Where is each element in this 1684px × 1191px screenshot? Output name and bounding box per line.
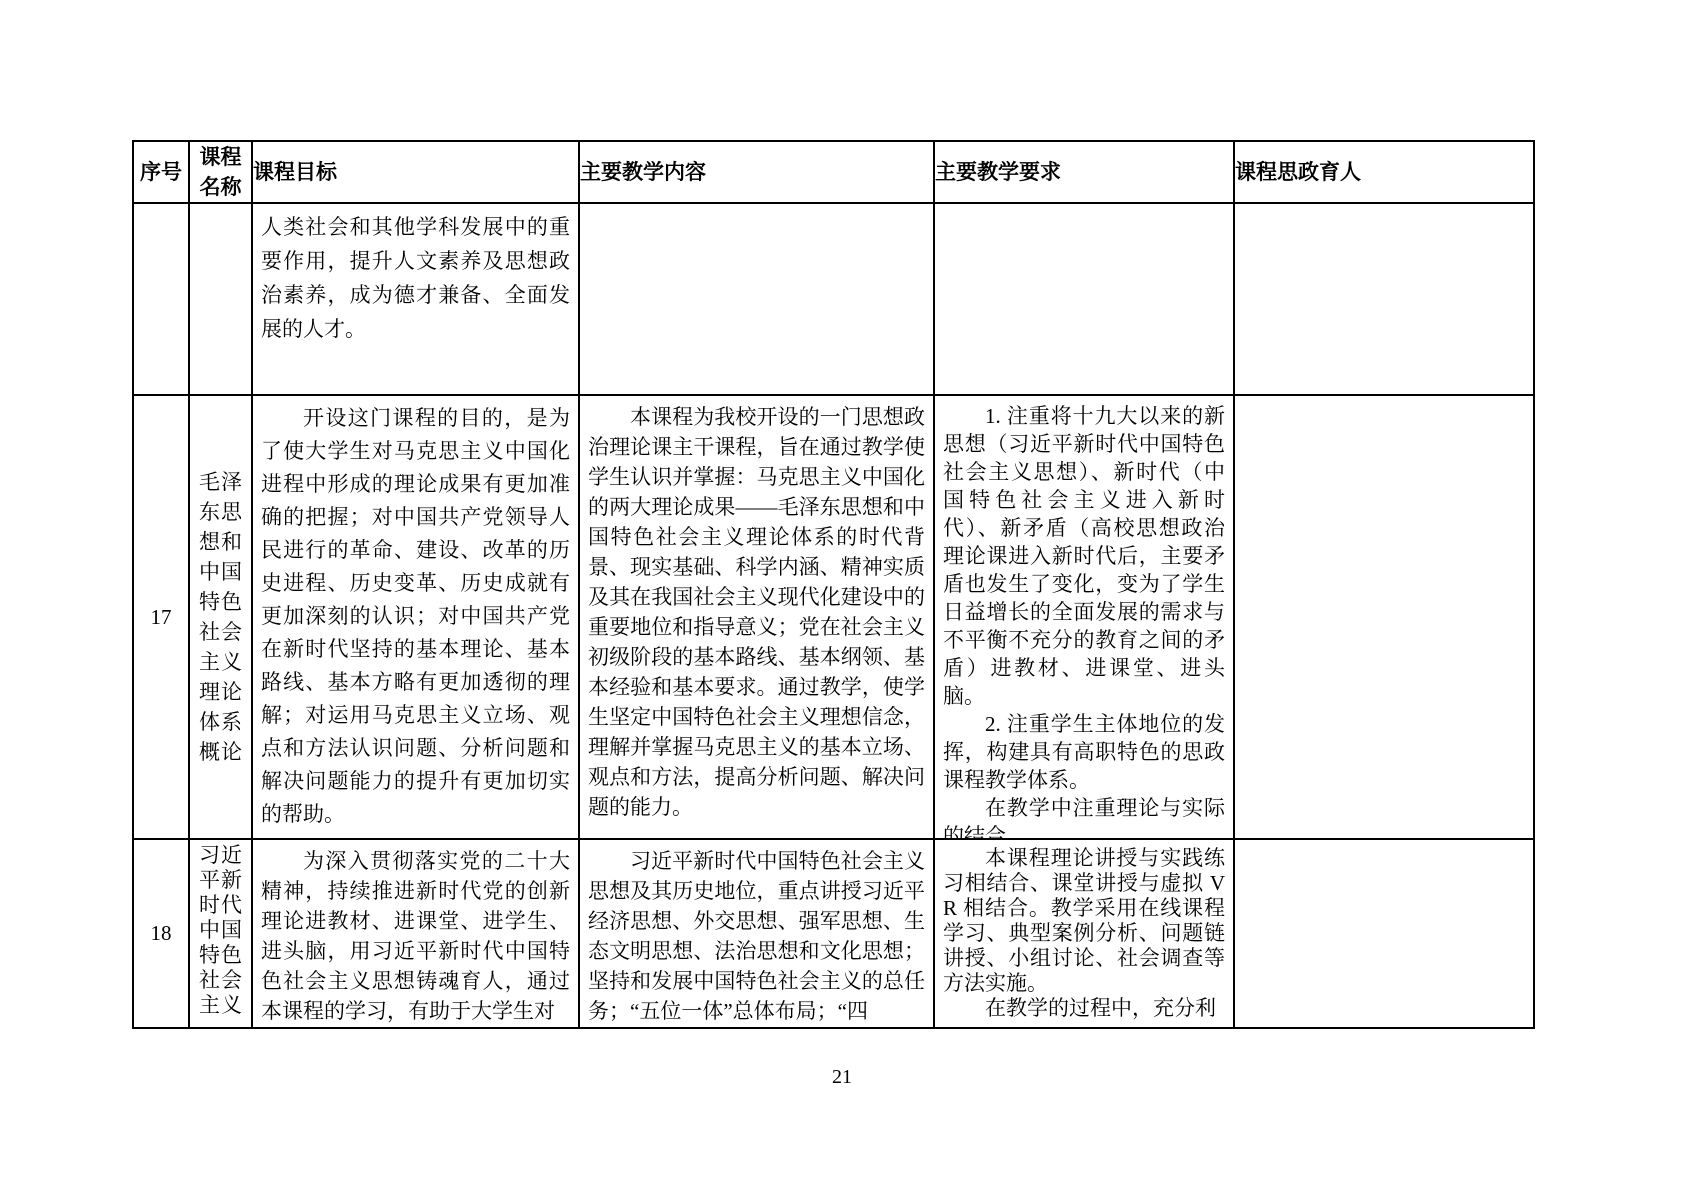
requirement-paragraph-2: 在教学的过程中，充分利 [943, 996, 1225, 1021]
course-table: 序号 课程名称 课程目标 主要教学内容 主要教学要求 课程思政育人 人类社会和其… [132, 140, 1535, 1029]
header-requirements: 主要教学要求 [934, 141, 1234, 203]
cell-requirements-empty [934, 203, 1234, 395]
cell-ideology-empty [1234, 203, 1534, 395]
cell-objective-18: 为深入贯彻落实党的二十大精神，持续推进新时代党的创新理论进教材、进课堂、进学生、… [252, 839, 579, 1028]
content-paragraph: 本课程为我校开设的一门思想政治理论课主干课程，旨在通过教学使学生认识并掌握：马克… [588, 402, 925, 822]
header-ideology: 课程思政育人 [1234, 141, 1534, 203]
objective-paragraph: 为深入贯彻落实党的二十大精神，持续推进新时代党的创新理论进教材、进课堂、进学生、… [261, 846, 570, 1026]
cell-ideology-18 [1234, 839, 1534, 1028]
cell-seq-17: 17 [133, 395, 189, 839]
table-header-row: 序号 课程名称 课程目标 主要教学内容 主要教学要求 课程思政育人 [133, 141, 1534, 203]
header-seq: 序号 [133, 141, 189, 203]
course-name-18: 习近平新时代中国特色社会主义 [190, 840, 251, 1018]
header-course-name: 课程名称 [189, 141, 252, 203]
requirement-paragraph-3: 在教学中注重理论与实际的结合。 [943, 794, 1225, 838]
course-name-17: 毛泽东思想和中国特色社会主义理论体系概论 [190, 467, 251, 767]
cell-requirements-17: 1. 注重将十九大以来的新思想（习近平新时代中国特色社会主义思想）、新时代（中国… [934, 395, 1234, 839]
header-content: 主要教学内容 [579, 141, 934, 203]
cell-objective-17: 开设这门课程的目的，是为了使大学生对马克思主义中国化进程中形成的理论成果有更加准… [252, 395, 579, 839]
cell-seq-empty [133, 203, 189, 395]
content-paragraph: 习近平新时代中国特色社会主义思想及其历史地位，重点讲授习近平经济思想、外交思想、… [588, 846, 925, 1026]
cell-name-empty [189, 203, 252, 395]
cell-content-18: 习近平新时代中国特色社会主义思想及其历史地位，重点讲授习近平经济思想、外交思想、… [579, 839, 934, 1028]
table-row-continuation: 人类社会和其他学科发展中的重要作用，提升人文素养及思想政治素养，成为德才兼备、全… [133, 203, 1534, 395]
page-number: 21 [0, 1066, 1684, 1089]
cell-content-empty [579, 203, 934, 395]
requirement-paragraph-2: 2. 注重学生主体地位的发挥，构建具有高职特色的思政课程教学体系。 [943, 710, 1225, 794]
table-row-17: 17 毛泽东思想和中国特色社会主义理论体系概论 开设这门课程的目的，是为了使大学… [133, 395, 1534, 839]
cell-ideology-17 [1234, 395, 1534, 839]
cell-name-18: 习近平新时代中国特色社会主义 [189, 839, 252, 1028]
cell-name-17: 毛泽东思想和中国特色社会主义理论体系概论 [189, 395, 252, 839]
cell-objective-continuation: 人类社会和其他学科发展中的重要作用，提升人文素养及思想政治素养，成为德才兼备、全… [252, 203, 579, 395]
header-objective: 课程目标 [252, 141, 579, 203]
requirement-paragraph-1: 1. 注重将十九大以来的新思想（习近平新时代中国特色社会主义思想）、新时代（中国… [943, 402, 1225, 710]
objective-paragraph: 开设这门课程的目的，是为了使大学生对马克思主义中国化进程中形成的理论成果有更加准… [261, 402, 570, 831]
document-page: 序号 课程名称 课程目标 主要教学内容 主要教学要求 课程思政育人 人类社会和其… [0, 0, 1684, 1191]
table-row-18: 18 习近平新时代中国特色社会主义 为深入贯彻落实党的二十大精神，持续推进新时代… [133, 839, 1534, 1028]
requirement-paragraph-1: 本课程理论讲授与实践练习相结合、课堂讲授与虚拟 VR 相结合。教学采用在线课程学… [943, 846, 1225, 996]
objective-paragraph: 人类社会和其他学科发展中的重要作用，提升人文素养及思想政治素养，成为德才兼备、全… [261, 210, 570, 346]
cell-requirements-18: 本课程理论讲授与实践练习相结合、课堂讲授与虚拟 VR 相结合。教学采用在线课程学… [934, 839, 1234, 1028]
cell-seq-18: 18 [133, 839, 189, 1028]
cell-content-17: 本课程为我校开设的一门思想政治理论课主干课程，旨在通过教学使学生认识并掌握：马克… [579, 395, 934, 839]
